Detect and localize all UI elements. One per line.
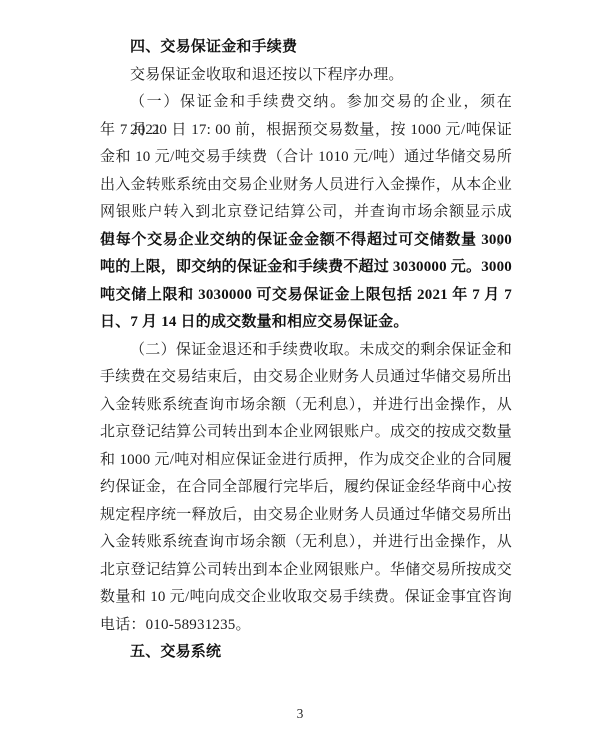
paragraph-2-line: 入金转账系统查询市场余额（无利息），并进行出金操作，从 xyxy=(100,392,512,420)
paragraph-2-line: 入金转账系统查询市场余额（无利息），并进行出金操作，从 xyxy=(100,529,512,557)
paragraph-1-bold-line: 吨交储上限和 3030000 可交易保证金上限包括 2021 年 7 月 7 xyxy=(100,282,512,310)
paragraph-1-line: 网银账户转入到北京登记结算公司，并查询市场余额显示成功。 xyxy=(100,199,512,227)
paragraph-1-bold-line: 吨的上限，即交纳的保证金和手续费不超过 3030000 元。3000 xyxy=(100,254,512,282)
paragraph-2-line: 数量和 10 元/吨向成交企业收取交易手续费。保证金事宜咨询 xyxy=(100,584,512,612)
document-body: 四、交易保证金和手续费 交易保证金收取和退还按以下程序办理。 （一）保证金和手续… xyxy=(100,34,512,667)
paragraph-1-bold-line: 日、7 月 14 日的成交数量和相应交易保证金。 xyxy=(100,309,512,337)
paragraph-1-line: 出入金转账系统由交易企业财务人员进行入金操作，从本企业 xyxy=(100,172,512,200)
paragraph-2-line: 手续费在交易结束后，由交易企业财务人员通过华储交易所出 xyxy=(100,364,512,392)
paragraph-2-line: 规定程序统一释放后，由交易企业财务人员通过华储交易所出 xyxy=(100,502,512,530)
paragraph-1-bold-line: 但每个交易企业交纳的保证金金额不得超过可交储数量 3000 xyxy=(100,227,512,255)
paragraph-2-line: 约保证金，在合同全部履行完毕后，履约保证金经华商中心按 xyxy=(100,474,512,502)
section-heading-4: 四、交易保证金和手续费 xyxy=(100,34,512,62)
paragraph-2-line: 和 1000 元/吨对相应保证金进行质押，作为成交企业的合同履 xyxy=(100,447,512,475)
paragraph-1-line: （一）保证金和手续费交纳。参加交易的企业，须在 2021 xyxy=(100,89,512,117)
section-heading-5: 五、交易系统 xyxy=(100,639,512,667)
document-page: 四、交易保证金和手续费 交易保证金收取和退还按以下程序办理。 （一）保证金和手续… xyxy=(0,0,600,754)
intro-line: 交易保证金收取和退还按以下程序办理。 xyxy=(100,62,512,90)
page-number: 3 xyxy=(0,700,600,727)
paragraph-1-line: 年 7 月 20 日 17: 00 前，根据预交易数量，按 1000 元/吨保证 xyxy=(100,117,512,145)
paragraph-2-line: （二）保证金退还和手续费收取。未成交的剩余保证金和 xyxy=(100,337,512,365)
paragraph-2-line: 北京登记结算公司转出到本企业网银账户。华储交易所按成交 xyxy=(100,557,512,585)
contact-phone-line: 电话：010-58931235。 xyxy=(100,612,512,640)
paragraph-1-line: 金和 10 元/吨交易手续费（合计 1010 元/吨）通过华储交易所 xyxy=(100,144,512,172)
paragraph-2-line: 北京登记结算公司转出到本企业网银账户。成交的按成交数量 xyxy=(100,419,512,447)
